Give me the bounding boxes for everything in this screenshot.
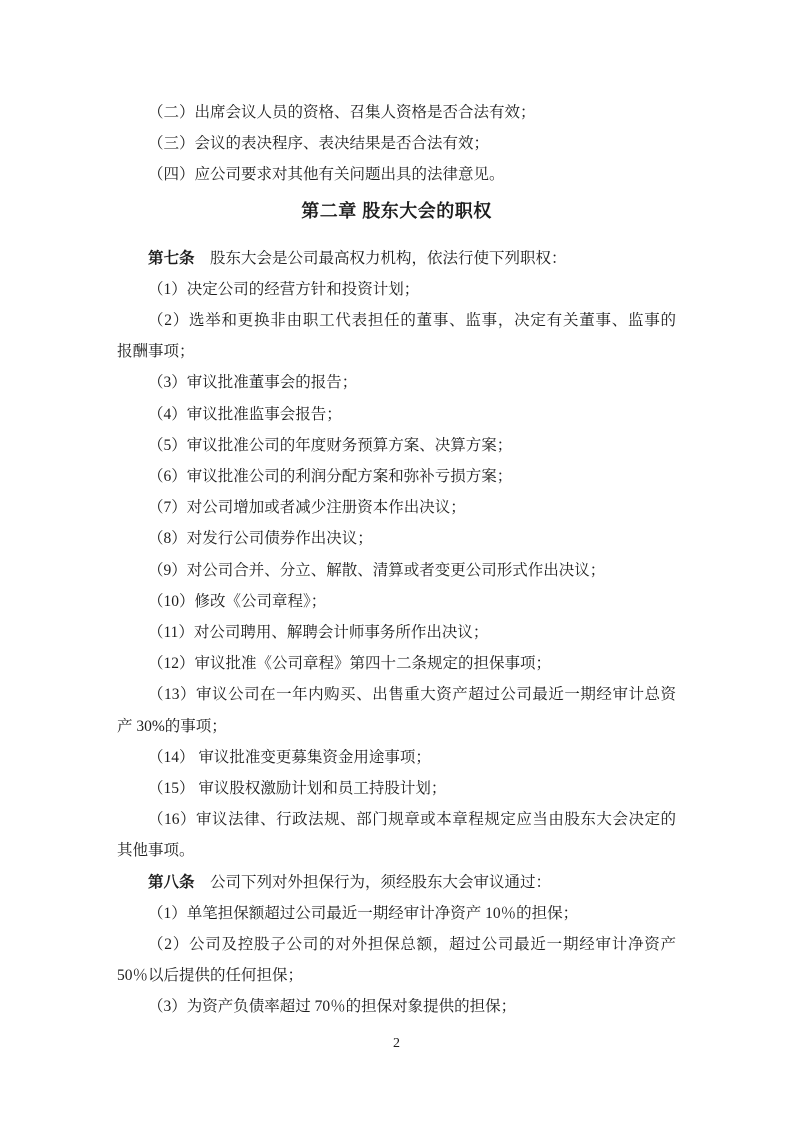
doc-line: （9）对公司合并、分立、解散、清算或者变更公司形式作出决议； <box>117 555 676 586</box>
doc-line: 第八条 公司下列对外担保行为，须经股东大会审议通过： <box>117 867 676 898</box>
doc-line: 报酬事项； <box>117 336 676 367</box>
doc-line: （8）对发行公司债券作出决议； <box>117 523 676 554</box>
doc-line: 50％以后提供的任何担保； <box>117 960 676 991</box>
doc-line: （10）修改《公司章程》； <box>117 586 676 617</box>
doc-line: 第七条 股东大会是公司最高权力机构，依法行使下列职权： <box>117 243 676 274</box>
doc-line: （16）审议法律、行政法规、部门规章或本章程规定应当由股东大会决定的 <box>117 804 676 835</box>
doc-line: （2）选举和更换非由职工代表担任的董事、监事，决定有关董事、监事的 <box>117 305 676 336</box>
article-number-label: 第八条 <box>148 874 195 891</box>
page-number: 2 <box>0 1036 793 1052</box>
doc-line: （6）审议批准公司的利润分配方案和弥补亏损方案； <box>117 461 676 492</box>
doc-line: （二）出席会议人员的资格、召集人资格是否合法有效； <box>117 97 676 128</box>
doc-line: （3）为资产负债率超过 70％的担保对象提供的担保； <box>117 991 676 1022</box>
doc-line: （5）审议批准公司的年度财务预算方案、决算方案； <box>117 430 676 461</box>
chapter-heading: 第二章 股东大会的职权 <box>117 195 676 227</box>
doc-line: （1）单笔担保额超过公司最近一期经审计净资产 10％的担保； <box>117 898 676 929</box>
article-number-label: 第七条 <box>148 250 195 267</box>
doc-line: （12）审议批准《公司章程》第四十二条规定的担保事项； <box>117 648 676 679</box>
doc-line: （13）审议公司在一年内购买、出售重大资产超过公司最近一期经审计总资 <box>117 679 676 710</box>
doc-line: （3）审议批准董事会的报告； <box>117 367 676 398</box>
doc-line: （15） 审议股权激励计划和员工持股计划； <box>117 773 676 804</box>
doc-line: （四）应公司要求对其他有关问题出具的法律意见。 <box>117 159 676 190</box>
doc-line: 产 30%的事项； <box>117 711 676 742</box>
doc-line: 其他事项。 <box>117 835 676 866</box>
doc-line: （7）对公司增加或者减少注册资本作出决议； <box>117 492 676 523</box>
doc-line: （三）会议的表决程序、表决结果是否合法有效； <box>117 128 676 159</box>
doc-line: （14） 审议批准变更募集资金用途事项； <box>117 742 676 773</box>
doc-line: （11）对公司聘用、解聘会计师事务所作出决议； <box>117 617 676 648</box>
doc-line: （1）决定公司的经营方针和投资计划； <box>117 274 676 305</box>
document-body: （二）出席会议人员的资格、召集人资格是否合法有效；（三）会议的表决程序、表决结果… <box>117 97 676 1023</box>
document-page: （二）出席会议人员的资格、召集人资格是否合法有效；（三）会议的表决程序、表决结果… <box>0 0 793 1122</box>
doc-line: （4）审议批准监事会报告； <box>117 399 676 430</box>
doc-line: （2）公司及控股子公司的对外担保总额，超过公司最近一期经审计净资产 <box>117 929 676 960</box>
